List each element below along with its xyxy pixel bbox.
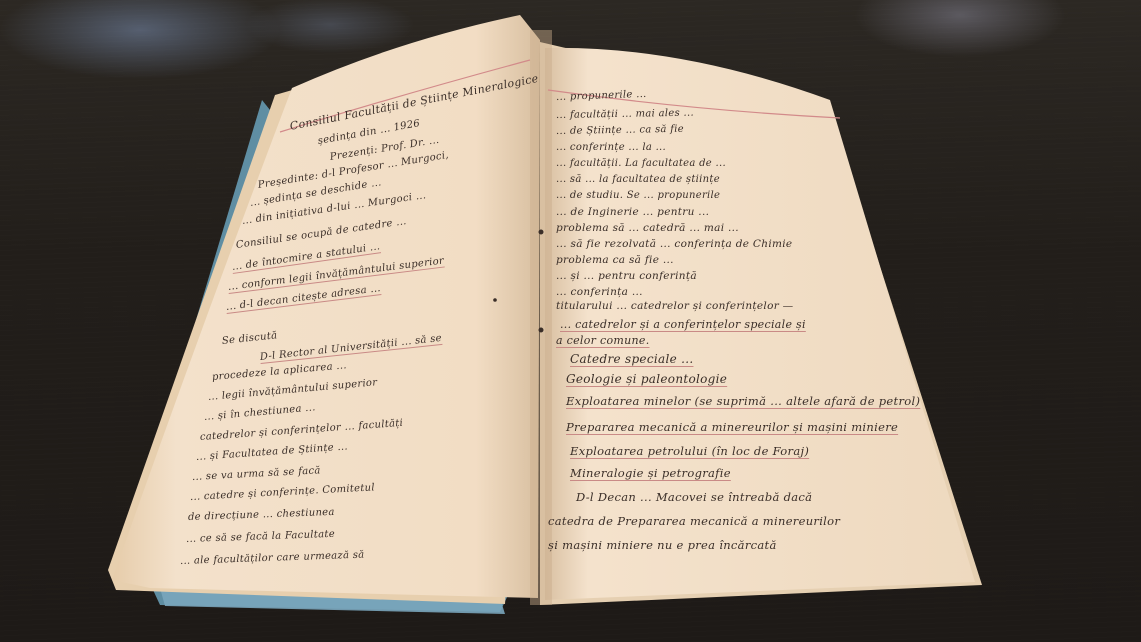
right-line: ... să ... la facultatea de științe	[556, 174, 720, 185]
right-discussion: a celor comune.	[556, 334, 650, 347]
right-line: ... de studiu. Se ... propunerile	[556, 190, 720, 201]
right-line: ... conferințe ... la ...	[556, 142, 666, 153]
right-line: ... conferința ...	[556, 286, 643, 298]
right-line: ... să fie rezolvată ... conferința de C…	[556, 238, 792, 250]
right-line: ... de Inginerie ... pentru ...	[556, 206, 709, 218]
right-discussion: ... catedrelor și a conferințelor specia…	[560, 318, 806, 331]
right-line: problema să ... catedră ... mai ...	[556, 222, 739, 234]
list-item: Exploatarea petrolului (în loc de Foraj)	[570, 444, 809, 458]
right-line: ... și ... pentru conferință	[556, 270, 697, 282]
closing-line: D-l Decan ... Macovei se întreabă dacă	[576, 490, 812, 504]
closing-line: și mașini miniere nu e prea încărcată	[548, 538, 777, 552]
right-line: problema ca să fie ...	[556, 254, 674, 266]
list-heading: Catedre speciale ...	[570, 352, 693, 366]
list-item: Mineralogie și petrografie	[570, 466, 731, 480]
list-item: Prepararea mecanică a minereurilor și ma…	[566, 420, 898, 434]
right-line: titularului ... catedrelor și conferințe…	[556, 300, 793, 312]
list-item: Geologie și paleontologie	[566, 372, 727, 386]
right-line: ... de Științe ... ca să fie	[556, 124, 684, 137]
closing-line: catedra de Prepararea mecanică a minereu…	[548, 514, 840, 528]
right-line: ... facultății. La facultatea de ...	[556, 158, 726, 169]
list-item: Exploatarea minelor (se suprimă ... alte…	[566, 394, 920, 408]
